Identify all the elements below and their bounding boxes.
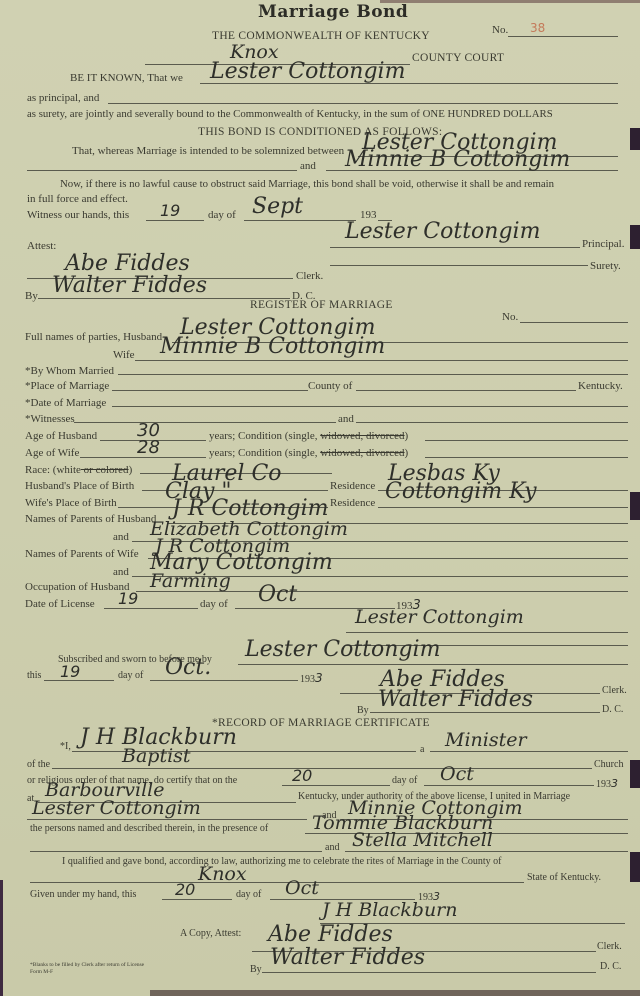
witnesses-label: *Witnesses bbox=[25, 413, 75, 425]
footnote-line-1: *Blanks to be filled by Clerk after retu… bbox=[30, 962, 144, 969]
binder-tab bbox=[630, 225, 640, 249]
struck-condition: widowed, divorced bbox=[320, 447, 404, 459]
principal-name: Lester Cottongim bbox=[210, 62, 405, 82]
place-of-marriage-label: *Place of Marriage bbox=[25, 380, 109, 392]
kentucky-label: Kentucky. bbox=[578, 380, 623, 392]
witness-day-of-label: day of bbox=[208, 209, 236, 221]
bond-number-label: No. bbox=[492, 24, 508, 36]
bride-name: Minnie B Cottongim bbox=[345, 150, 570, 170]
certificate-by-label: By bbox=[250, 964, 262, 976]
husband-father: J R Cottongim bbox=[172, 499, 329, 519]
officiant-title: Minister bbox=[445, 730, 527, 750]
bond-number: 38 bbox=[530, 21, 545, 35]
given-label: Given under my hand, this bbox=[30, 889, 136, 901]
register-dc-label: D. C. bbox=[602, 704, 623, 716]
certificate-clerk-label: Clerk. bbox=[597, 941, 622, 953]
copy-attest-label: A Copy, Attest: bbox=[180, 928, 241, 940]
age-wife-label: Age of Wife bbox=[25, 447, 79, 459]
witness-2: Stella Mitchell bbox=[352, 830, 493, 850]
of-the-label: of the bbox=[27, 759, 50, 771]
age-wife: 28 bbox=[137, 438, 160, 458]
sworn-day: 19 bbox=[60, 662, 80, 682]
race-struck: or colored bbox=[81, 464, 129, 476]
page-left-edge bbox=[0, 880, 3, 996]
clerk-label: Clerk. bbox=[296, 270, 323, 282]
certificate-dc-label: D. C. bbox=[600, 961, 621, 973]
register-deputy-signature: Walter Fiddes bbox=[378, 690, 533, 710]
full-force-text: in full force and effect. bbox=[27, 193, 128, 205]
whereas-label: That, whereas Marriage is intended to be… bbox=[72, 145, 344, 157]
age-husband-label: Age of Husband bbox=[25, 430, 97, 442]
sworn-year: 1933 bbox=[300, 668, 323, 688]
occupation: Farming bbox=[150, 571, 231, 591]
i-label: *I, bbox=[60, 741, 71, 753]
close-paren: ) bbox=[405, 447, 409, 459]
occupation-label: Occupation of Husband bbox=[25, 581, 129, 593]
marriage-bond-document: Marriage Bond THE COMMONWEALTH OF KENTUC… bbox=[0, 0, 640, 996]
license-day: 19 bbox=[118, 589, 138, 609]
full-names-label: Full names of parties, Husband bbox=[25, 331, 162, 343]
witness-label: Witness our hands, this bbox=[27, 209, 129, 221]
officiant-signature: J H Blackburn bbox=[322, 900, 458, 920]
and-label: and bbox=[113, 566, 129, 578]
witness-day: 19 bbox=[160, 201, 180, 221]
condition-husband: years; Condition (single, widowed, divor… bbox=[209, 430, 408, 442]
binder-tab bbox=[630, 128, 640, 150]
and-label: and bbox=[300, 160, 316, 172]
witnesses-and-label: and bbox=[338, 413, 354, 425]
footnote-line-2: Form M-F bbox=[30, 969, 53, 976]
given-day: 20 bbox=[175, 880, 195, 900]
principal-signature: Lester Cottongim bbox=[345, 222, 540, 242]
register-heading: REGISTER OF MARRIAGE bbox=[250, 299, 393, 311]
condition-wife: years; Condition (single, widowed, divor… bbox=[209, 447, 408, 459]
by-label: By bbox=[25, 290, 38, 302]
attest-label: Attest: bbox=[27, 240, 56, 252]
race-label: Race: (white or colored) bbox=[25, 464, 132, 476]
county-of-label: County of bbox=[308, 380, 352, 392]
witnesses-and-label: and bbox=[325, 842, 339, 854]
surety-label: Surety. bbox=[590, 260, 621, 272]
as-principal-label: as principal, and bbox=[27, 92, 99, 104]
applicant-signature: Lester Cottongim bbox=[355, 607, 524, 627]
qualified-county: Knox bbox=[198, 864, 247, 884]
witness-month: Sept bbox=[252, 197, 303, 217]
parents-wife-label: Names of Parents of Wife bbox=[25, 548, 139, 560]
husband-residence-label: Residence bbox=[330, 480, 375, 492]
binder-tab bbox=[630, 760, 640, 788]
license-date-label: Date of License bbox=[25, 598, 95, 610]
license-month: Oct bbox=[258, 585, 297, 605]
wife-residence-label: Residence bbox=[330, 497, 375, 509]
register-no-label: No. bbox=[502, 311, 518, 323]
denomination: Baptist bbox=[122, 746, 191, 766]
certificate-groom: Lester Cottongim bbox=[32, 798, 201, 818]
certificate-clerk-signature: Abe Fiddes bbox=[268, 925, 393, 945]
husband-birthplace-label: Husband's Place of Birth bbox=[25, 480, 134, 492]
certificate-year: 1933 bbox=[596, 774, 618, 794]
presence-label: the persons named and described therein,… bbox=[30, 823, 268, 835]
register-clerk-label: Clerk. bbox=[602, 685, 627, 697]
wife-label: Wife bbox=[113, 349, 135, 361]
sworn-month: Oct. bbox=[165, 658, 211, 678]
page-bottom-edge bbox=[150, 990, 640, 996]
and-label: and bbox=[113, 531, 129, 543]
binder-tab bbox=[630, 492, 640, 520]
county-court-label: COUNTY COURT bbox=[412, 52, 504, 64]
struck-condition: widowed, divorced bbox=[320, 430, 404, 442]
given-day-of-label: day of bbox=[236, 889, 261, 901]
deputy-signature: Walter Fiddes bbox=[52, 276, 207, 296]
register-by-label: By bbox=[357, 705, 369, 717]
parents-husband-label: Names of Parents of Husband bbox=[25, 513, 156, 525]
qualified-text: I qualified and gave bond, according to … bbox=[62, 856, 501, 868]
page-top-edge bbox=[380, 0, 640, 3]
document-title: Marriage Bond bbox=[258, 2, 408, 22]
surety-sentence: as surety, are jointly and severally bou… bbox=[27, 108, 553, 120]
wife-name: Minnie B Cottongim bbox=[160, 337, 385, 357]
race-white: Race: (white bbox=[25, 464, 81, 476]
state-label: State of Kentucky. bbox=[527, 872, 601, 884]
sworn-this-label: this bbox=[27, 670, 41, 682]
certificate-deputy-signature: Walter Fiddes bbox=[270, 948, 425, 968]
condition-label: years; Condition (single, bbox=[209, 447, 317, 459]
wife-residence: Cottongim Ky bbox=[385, 482, 537, 502]
church-label: Church bbox=[594, 759, 623, 771]
a-label: a bbox=[420, 744, 424, 756]
subscribed-name: Lester Cottongim bbox=[245, 640, 440, 660]
race-close: ) bbox=[129, 464, 133, 476]
now-if-text: Now, if there is no lawful cause to obst… bbox=[60, 178, 554, 190]
certificate-heading: *RECORD OF MARRIAGE CERTIFICATE bbox=[212, 717, 430, 729]
certificate-day-of-label: day of bbox=[392, 775, 417, 787]
binder-tab bbox=[630, 852, 640, 882]
close-paren: ) bbox=[405, 430, 409, 442]
date-of-marriage-label: *Date of Marriage bbox=[25, 397, 106, 409]
given-month: Oct bbox=[285, 878, 319, 898]
certificate-day: 20 bbox=[292, 766, 312, 786]
be-it-known-label: BE IT KNOWN, That we bbox=[70, 72, 183, 84]
clerk-signature: Abe Fiddes bbox=[65, 254, 190, 274]
by-whom-married-label: *By Whom Married bbox=[25, 365, 114, 377]
sworn-day-of-label: day of bbox=[118, 670, 143, 682]
wife-birthplace-label: Wife's Place of Birth bbox=[25, 497, 117, 509]
condition-label: years; Condition (single, bbox=[209, 430, 317, 442]
certificate-month: Oct bbox=[440, 764, 474, 784]
principal-label: Principal. bbox=[582, 238, 624, 250]
license-day-of-label: day of bbox=[200, 598, 228, 610]
